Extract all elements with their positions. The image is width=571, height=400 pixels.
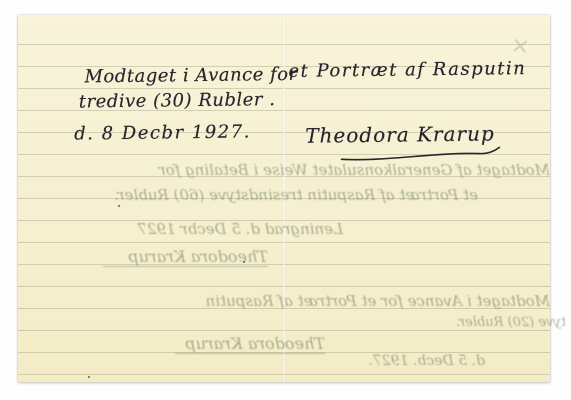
receipt-amount-line: tredive (30) Rubler . xyxy=(79,89,276,112)
signature-underline-flourish xyxy=(339,146,501,164)
receipt-line-1-right: et Portræt af Rasputin xyxy=(288,58,526,82)
receipt-date-line: d. 8 Decbr 1927. xyxy=(74,121,251,144)
receipt-line-1-left: Modtaget i Avance for xyxy=(84,64,297,88)
paper-sheet: ✕ Modtaget af Generalkonsulatet Weise i … xyxy=(18,15,550,382)
signature: Theodora Krarup xyxy=(305,121,495,147)
handwriting-layer: Modtaget i Avance for et Portræt af Rasp… xyxy=(16,12,552,385)
